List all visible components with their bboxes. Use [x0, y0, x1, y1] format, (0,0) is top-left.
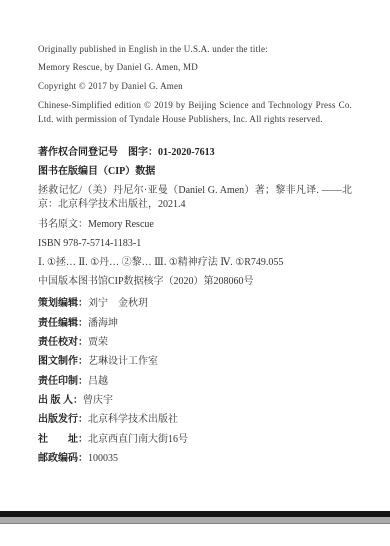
row-postal-code: 邮政编码：100035 — [38, 449, 118, 464]
print-supervisor-value: 吕越 — [88, 376, 108, 387]
cip-heading: 图书在版编目（CIP）数据 — [38, 165, 155, 179]
address-label: 社 址： — [38, 434, 88, 445]
row-proofreader: 责任校对：贾荣 — [38, 333, 108, 348]
postal-code-value: 100035 — [88, 453, 118, 464]
proofreader-value: 贾荣 — [88, 337, 108, 348]
publisher-label: 出版发行： — [38, 414, 88, 425]
proofreader-label: 责任校对： — [38, 337, 88, 348]
row-print-supervisor: 责任印制：吕越 — [38, 372, 108, 387]
print-supervisor-label: 责任印制： — [38, 376, 88, 387]
planning-editor-label: 策划编辑： — [38, 298, 88, 309]
responsible-editor-value: 潘海坤 — [88, 318, 118, 329]
planning-editor-value: 刘宁 金秋玥 — [88, 298, 148, 309]
row-address: 社 址：北京西直门南大街16号 — [38, 430, 188, 445]
row-publisher: 出版发行：北京科学技术出版社 — [38, 410, 178, 425]
copyright-registration-number-line: 著作权合同登记号 图字：01-2020-7613 — [38, 146, 215, 160]
book-original-title-line: 书名原文：Memory Rescue — [38, 218, 154, 232]
book-copyright-page: Originally published in English in the U… — [0, 0, 390, 546]
isbn-line: ISBN 978-7-5714-1183-1 — [38, 237, 141, 251]
publisher-person-value: 曾庆宇 — [83, 395, 113, 406]
row-layout-design: 图文制作：艺琳设计工作室 — [38, 352, 158, 367]
scan-edge-thin-line — [0, 523, 390, 524]
original-publication-line: Originally published in English in the U… — [38, 42, 268, 56]
responsible-editor-label: 责任编辑： — [38, 318, 88, 329]
row-planning-editor: 策划编辑：刘宁 金秋玥 — [38, 294, 148, 309]
cip-classification-line: Ⅰ. ①拯… Ⅱ. ①丹… ②黎… Ⅲ. ①精神疗法 Ⅳ. ①R749.055 — [38, 256, 283, 270]
cip-catalog-entry: 拯救记忆/（美）丹尼尔·亚曼（Daniel G. Amen）著；黎非凡译. ——… — [38, 184, 352, 212]
english-copyright-line: Copyright © 2017 by Daniel G. Amen — [38, 79, 183, 93]
cip-record-number-line: 中国版本图书馆CIP数据核字（2020）第208060号 — [38, 275, 254, 289]
address-value: 北京西直门南大街16号 — [88, 434, 188, 445]
row-publisher-person: 出 版 人：曾庆宇 — [38, 391, 113, 406]
row-responsible-editor: 责任编辑：潘海坤 — [38, 314, 118, 329]
layout-design-label: 图文制作： — [38, 356, 88, 367]
publisher-value: 北京科学技术出版社 — [88, 414, 178, 425]
original-english-title-line: Memory Rescue, by Daniel G. Amen, MD — [38, 60, 198, 74]
publisher-person-label: 出 版 人： — [38, 395, 83, 406]
chinese-edition-rights-paragraph: Chinese-Simplified edition © 2019 by Bei… — [38, 98, 352, 126]
postal-code-label: 邮政编码： — [38, 453, 88, 464]
layout-design-value: 艺琳设计工作室 — [88, 356, 158, 367]
